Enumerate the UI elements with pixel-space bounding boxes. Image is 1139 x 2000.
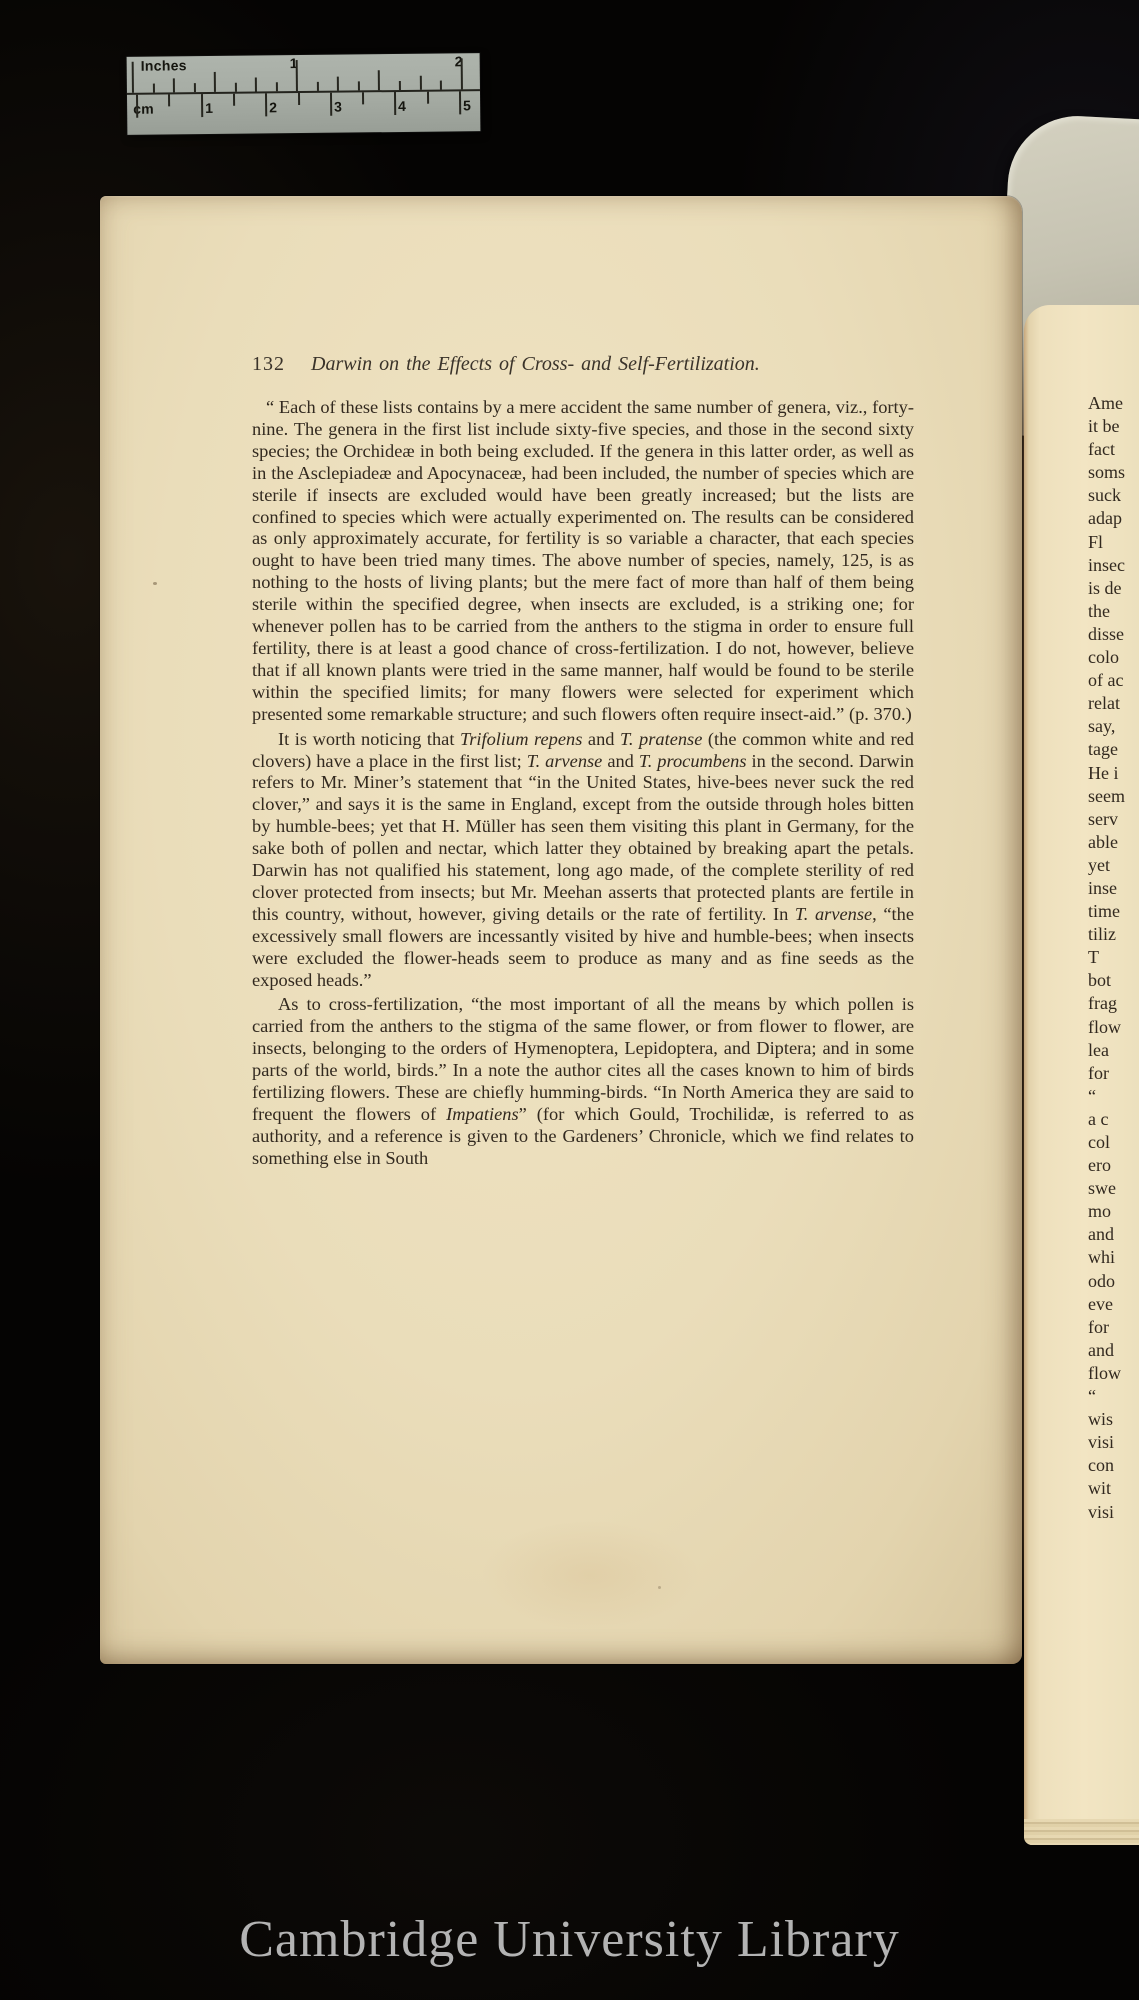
- edge-text-line: flow: [1088, 1016, 1139, 1039]
- edge-text-line: bot: [1088, 969, 1139, 992]
- edge-text-line: seem: [1088, 785, 1139, 808]
- ruler-cm-number: 1: [205, 100, 213, 116]
- edge-text-line: col: [1088, 1131, 1139, 1154]
- edge-text-line: lea: [1088, 1039, 1139, 1062]
- ruler-tick: [399, 81, 401, 90]
- page-header: 132Darwin on the Effects of Cross- and S…: [252, 353, 914, 376]
- edge-text-line: “: [1088, 1085, 1139, 1108]
- edge-text-line: tiliz: [1088, 923, 1139, 946]
- edge-text-line: serv: [1088, 808, 1139, 831]
- edge-text-line: odo: [1088, 1270, 1139, 1293]
- watermark-text: Cambridge University Library: [0, 1910, 1139, 1969]
- edge-text-line: whi: [1088, 1246, 1139, 1269]
- ruler-tick: [427, 92, 429, 104]
- ruler-tick: [136, 95, 138, 118]
- edge-text-line: eve: [1088, 1293, 1139, 1316]
- running-title: Darwin on the Effects of Cross- and Self…: [311, 353, 760, 376]
- edge-text-line: for: [1088, 1316, 1139, 1339]
- edge-text-line: relat: [1088, 692, 1139, 715]
- paragraph: It is worth noticing that Trifolium repe…: [252, 729, 914, 992]
- page-stain: [480, 1520, 700, 1630]
- ruler-tick: [317, 82, 319, 91]
- edge-text-line: wis: [1088, 1408, 1139, 1431]
- edge-text-line: soms: [1088, 461, 1139, 484]
- ruler-inches-ticks: Inches 1 2: [127, 53, 480, 93]
- ruler-tick: [265, 93, 267, 116]
- ruler-cm-number: 2: [269, 99, 277, 115]
- text-run: “ Each of these lists contains by a mere…: [252, 397, 914, 724]
- edge-text-line: frag: [1088, 992, 1139, 1015]
- ruler-tick: [193, 83, 195, 92]
- edge-text-line: suck: [1088, 484, 1139, 507]
- edge-text-line: it be: [1088, 415, 1139, 438]
- ruler-tick: [132, 62, 134, 93]
- edge-text-line: the: [1088, 600, 1139, 623]
- edge-text-line: time: [1088, 900, 1139, 923]
- ruler-tick: [460, 58, 462, 89]
- italic-text-run: T. arvense: [527, 751, 603, 771]
- edge-text-line: for: [1088, 1062, 1139, 1085]
- ruler-cm-ticks: cm 1 2 3 4 5: [127, 91, 480, 119]
- ruler-cm-number: 3: [334, 99, 342, 115]
- edge-text-line: visi: [1088, 1431, 1139, 1454]
- text-run: and: [582, 729, 620, 749]
- edge-text-line: Ame: [1088, 392, 1139, 415]
- edge-text-line: mo: [1088, 1200, 1139, 1223]
- edge-text-line: a c: [1088, 1108, 1139, 1131]
- edge-text-line: con: [1088, 1454, 1139, 1477]
- page-speck: [153, 582, 157, 585]
- edge-text-line: disse: [1088, 623, 1139, 646]
- italic-text-run: T. pratense: [620, 729, 702, 749]
- edge-text-line: inse: [1088, 877, 1139, 900]
- edge-text-line: T: [1088, 946, 1139, 969]
- edge-text-line: visi: [1088, 1501, 1139, 1524]
- edge-text-line: and: [1088, 1339, 1139, 1362]
- ruler-inches-label: Inches: [141, 57, 187, 73]
- edge-text-line: wit: [1088, 1477, 1139, 1500]
- edge-text-line: able: [1088, 831, 1139, 854]
- edge-text-line: flow: [1088, 1362, 1139, 1385]
- ruler-tick: [337, 77, 339, 91]
- ruler-tick: [276, 82, 278, 91]
- ruler-tick: [201, 94, 203, 117]
- calibration-ruler: Inches 1 2 cm 1 2 3 4 5: [127, 53, 481, 135]
- ruler-tick: [362, 92, 364, 104]
- ruler-tick: [168, 94, 170, 106]
- ruler-tick: [394, 92, 396, 115]
- ruler-tick: [440, 81, 442, 90]
- page-number: 132: [252, 353, 285, 376]
- ruler-tick: [358, 81, 360, 90]
- edge-text-line: swe: [1088, 1177, 1139, 1200]
- text-run: in the second. Darwin refers to Mr. Mine…: [252, 751, 914, 924]
- edge-text-line: insec: [1088, 554, 1139, 577]
- text-run: It is worth noticing that: [278, 729, 460, 749]
- ruler-tick: [419, 76, 421, 90]
- edge-text-line: of ac: [1088, 669, 1139, 692]
- ruler-tick: [459, 91, 461, 114]
- ruler-tick: [297, 93, 299, 105]
- ruler-tick: [152, 84, 154, 93]
- body-text: “ Each of these lists contains by a mere…: [252, 397, 914, 1173]
- text-run: and: [602, 751, 639, 771]
- edge-text-line: fact: [1088, 438, 1139, 461]
- ruler-cm-number: 4: [398, 98, 406, 114]
- edge-text-line: tage: [1088, 738, 1139, 761]
- edge-text-column: Ameit befactsomssuckadapFlinsecis dethed…: [1088, 392, 1139, 1552]
- italic-text-run: Impatiens: [446, 1104, 519, 1124]
- edge-text-line: ero: [1088, 1154, 1139, 1177]
- ruler-tick: [255, 77, 257, 91]
- italic-text-run: T. procumbens: [639, 751, 747, 771]
- ruler-tick: [233, 94, 235, 106]
- italic-text-run: T. arvense: [795, 904, 872, 924]
- paragraph: As to cross-fertilization, “the most imp…: [252, 994, 914, 1169]
- page-speck: [658, 1586, 661, 1589]
- ruler-tick: [235, 83, 237, 92]
- italic-text-run: Trifolium repens: [460, 729, 582, 749]
- ruler-tick: [214, 72, 216, 92]
- edge-text-line: say,: [1088, 715, 1139, 738]
- ruler-tick: [296, 60, 298, 91]
- edge-text-line: colo: [1088, 646, 1139, 669]
- paragraph: “ Each of these lists contains by a mere…: [252, 397, 914, 726]
- ruler-tick: [330, 93, 332, 116]
- edge-text-line: and: [1088, 1223, 1139, 1246]
- ruler-tick: [173, 78, 175, 92]
- ruler-tick: [378, 70, 380, 90]
- edge-text-line: He i: [1088, 762, 1139, 785]
- edge-text-line: is de: [1088, 577, 1139, 600]
- edge-text-line: adap: [1088, 507, 1139, 530]
- ruler-cm-number: 5: [463, 97, 471, 113]
- edge-text-line: yet: [1088, 854, 1139, 877]
- edge-text-line: “: [1088, 1385, 1139, 1408]
- edge-text-line: Fl: [1088, 531, 1139, 554]
